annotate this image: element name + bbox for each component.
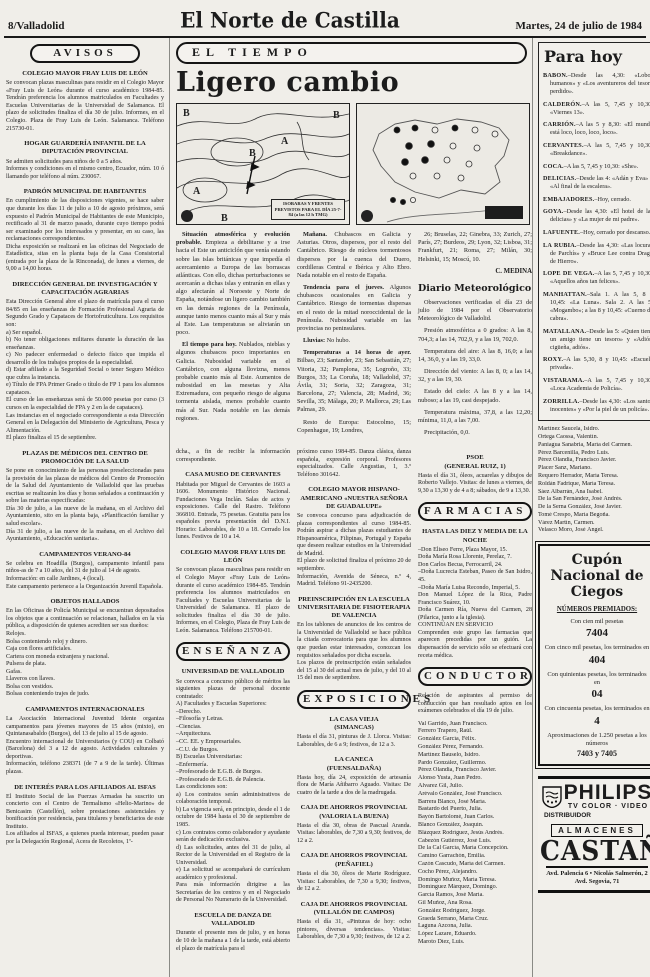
weather-paragraph: Mañana. Chubascos en Galicia y Asturias.… xyxy=(297,231,411,280)
spain-weather-map xyxy=(356,103,530,225)
section-heading: OBJETOS HALLADOS xyxy=(6,598,164,606)
cupon-title: Cupón Nacional de Ciegos xyxy=(544,552,650,600)
cinema-name: ROXY. xyxy=(543,356,563,363)
cinema-name: BABON. xyxy=(543,72,568,79)
isobar-map: B B A B A B ISOBARAS Y FRENTES PREVISTOS… xyxy=(176,103,350,225)
ad-product-line: TV COLOR · VIDEO xyxy=(564,803,650,810)
cinema-name: VISTARAMA. xyxy=(543,377,584,384)
cinema-listing: CARRIÓN.–A las 5 y 8,30: «El mundo está … xyxy=(543,121,650,137)
svg-text:B: B xyxy=(221,213,228,224)
mid-col-b-pre: próximo curso 1984-85. Danza clásica, da… xyxy=(297,449,411,682)
conductores-name: Arévalo González, José Francisco. xyxy=(418,791,532,799)
prize-entry: Con cien mil pesetas 7404 xyxy=(544,618,650,640)
conductores-name: Camino Garrachón, Emilia. xyxy=(418,853,532,861)
prize-label: Con cien mil pesetas xyxy=(544,618,650,626)
weather-col-2: Mañana. Chubascos en Galicia y Asturias.… xyxy=(297,231,411,441)
section-heading: ESCUELA DE DANZA DE VALLADOLID xyxy=(176,912,290,928)
conductores-name: Bayón Bartolomé, Juan Carlos. xyxy=(418,814,532,822)
conductores-name: Pérez Barcenilla, Pedro Luis. xyxy=(538,450,650,458)
section-heading: DE INTERÉS PARA LOS AFILIADOS AL ISFAS xyxy=(6,784,164,792)
conductores-name: Pardo González, Guillermo. xyxy=(418,760,532,768)
weather-paragraph: 26; Bruselas, 22; Ginebra, 33; Zurich, 2… xyxy=(418,231,532,264)
conductores-name: Blázquez Rodríguez, Jesús Andrés. xyxy=(418,830,532,838)
section-body: Se convocan plazas masculinas para resid… xyxy=(6,80,164,133)
cupon-footer-label: Aproximaciones de 1.250 pesetas a los nú… xyxy=(544,732,650,747)
weather-headline: Ligero cambio xyxy=(176,67,527,98)
cinema-name: LA RUBIA. xyxy=(543,242,577,249)
cinema-listing: LAFUENTE.–Hoy, cerrado por descanso. xyxy=(543,229,650,237)
cupon-prizes: Con cien mil pesetas 7404 Con cinco mil … xyxy=(544,618,650,727)
section-body: El Instituto Social de las Fuerzas Armad… xyxy=(6,794,164,847)
paragraph-text: Temperatura máxima, 37,8, a las 12,20; m… xyxy=(418,409,532,424)
weather-paragraph: Precipitación, 0,0. xyxy=(418,429,532,437)
ad-distributor-label: DISTRIBUIDOR xyxy=(544,812,650,819)
cinema-name: MANHATTAN. xyxy=(543,291,587,298)
cinema-listing: DELICIAS.–Desde las 4: «Adán y Eva» y «A… xyxy=(543,175,650,191)
cinema-name: CERVANTES. xyxy=(543,142,584,149)
cupon-footer-numbers: 7403 y 7405 xyxy=(544,749,650,758)
farmacias-body: –Don Eliseo Ferre, Plaza Mayor, 15. Doña… xyxy=(418,547,532,660)
section-body: Hasta el día 31, «Pinturas de hoy: ocho … xyxy=(297,919,411,942)
news-section: CAJA DE AHORROS PROVINCIAL (Valoria la B… xyxy=(297,804,411,845)
section-heading: LA CASA VIEJA (Simancas) xyxy=(297,716,411,732)
mid-col-c: PSOE (General Ruiz, 1) Hasta el día 31, … xyxy=(418,449,532,960)
weather-paragraph: Presión atmosférica a 0 grados: A las 8,… xyxy=(418,327,532,343)
paragraph-text: Presión atmosférica a 0 grados: A las 8,… xyxy=(418,327,532,342)
paragraph-text: Resto de Europa: Estocolmo, 15; Copenhag… xyxy=(297,419,411,434)
conductores-name: Blanco González, Joaquín. xyxy=(418,822,532,830)
conductores-name: Várez Martín, Carmen. xyxy=(538,520,650,528)
conductores-name: Ferrero Trapero, Raúl. xyxy=(418,728,532,736)
section-heading: COLEGIO MAYOR HISPANO-AMERICANO «NUESTRA… xyxy=(297,486,411,511)
cinema-showtimes: –Hoy, cerrado. xyxy=(594,196,631,203)
weather-paragraph: Resto de Europa: Estocolmo, 15; Copenhag… xyxy=(297,419,411,435)
cinema-name: COCA. xyxy=(543,163,564,170)
news-section: PSOE (General Ruiz, 1) Hasta el día 31, … xyxy=(418,454,532,495)
paragraph-text: Precipitación, 0,0. xyxy=(424,429,470,436)
prize-label: Con cincuenta pesetas, los terminados en xyxy=(544,705,650,713)
prize-label: Con quinientas pesetas, los terminados e… xyxy=(544,671,650,686)
section-heading: COLEGIO MAYOR FRAY LUIS DE LEÓN xyxy=(176,549,290,565)
section-heading: PREINSCRIPCIÓN EN LA ESCUELA UNIVERSITAR… xyxy=(297,596,411,621)
section-body: En los tablones de anuncios de los centr… xyxy=(297,622,411,682)
section-heading: LA CANECA (Fuensaldaña) xyxy=(297,756,411,772)
conductores-name: Graeda Serrano, María Cruz. xyxy=(418,916,532,924)
section-heading: CAMPAMENTOS VERANO-84 xyxy=(6,551,164,559)
section-heading: CAJA DE AHORROS PROVINCIAL (Peñafiel) xyxy=(297,852,411,868)
cinema-listing: ROXY.–A las 5,30, 8 y 10,45: «Escuela pr… xyxy=(543,356,650,372)
right-column: Para hoy BABON.–Desde las 4,30: «Lobos h… xyxy=(532,38,650,977)
farmacias-section: HASTA LAS DIEZ Y MEDIA DE LA NOCHE –Don … xyxy=(418,528,532,660)
cinema-listing: MANHATTAN.–Sala 1. A las 5, 8 y 10,45: «… xyxy=(543,291,650,323)
cinema-showtimes: –Desde las 4,30: «El hotel de las delici… xyxy=(550,208,650,223)
conductores-name: Cabezón Gutiérrez, José Luis. xyxy=(418,838,532,846)
section-heading: DIRECCIÓN GENERAL DE INVESTIGACIÓN Y CAP… xyxy=(6,281,164,297)
cupon-nacional-box: Cupón Nacional de Ciegos NÚMEROS PREMIAD… xyxy=(538,544,650,766)
section-body: En las Oficinas de Policía Municipal se … xyxy=(6,608,164,699)
news-section: CASA MUSEO DE CERVANTES Habitada por Mig… xyxy=(176,471,290,542)
news-section: UNIVERSIDAD DE VALLADOLID Se convoca a c… xyxy=(176,668,290,905)
conductores-name: González Rodríguez, Jorge. xyxy=(418,908,532,916)
ad-address-1: Avd. Palencia 6 • Nicolás Salmerón, 2 xyxy=(540,870,650,878)
spain-map-drawing xyxy=(357,104,529,224)
ad-address-2: Avd. Segovia, 71 xyxy=(540,878,650,886)
section-heading: PADRÓN MUNICIPAL DE HABITANTES xyxy=(6,188,164,196)
cinema-listing: COCA.–A las 5, 7,45 y 10,30: «She». xyxy=(543,163,650,171)
paragraph-text: Estado del cielo: A las 8 y a las 14, nu… xyxy=(418,388,532,403)
mid-col-b: próximo curso 1984-85. Danza clásica, da… xyxy=(297,449,411,960)
ad-brand: PHILIPS xyxy=(564,783,650,803)
news-section: HOGAR GUARDERÍA INFANTIL DE LA DIPUTACIÓ… xyxy=(6,140,164,181)
avisos-section-tag: AVISOS xyxy=(30,44,140,63)
farmacias-subhead: HASTA LAS DIEZ Y MEDIA DE LA NOCHE xyxy=(418,528,532,544)
news-section: dcha., a fin de recibir la información c… xyxy=(176,449,290,464)
conductores-name: Requero Herrador, María Teresa. xyxy=(538,473,650,481)
paragraph-text: Chubascos en Galicia y Asturias. Otros, … xyxy=(297,231,411,279)
conductores-name: Tomé Crespo, María Begoña. xyxy=(538,512,650,520)
newspaper-page: 8/Valladolid El Norte de Castilla Martes… xyxy=(0,0,650,977)
cinema-listing: VISTARAMA.–A las 5, 7,45 y 10,30: «Loca … xyxy=(543,377,650,393)
section-body: Esta Dirección General abre el plazo de … xyxy=(6,299,164,442)
section-heading: PLAZAS DE MÉDICOS DEL CENTRO DE PROMOCIÓ… xyxy=(6,450,164,466)
svg-text:B: B xyxy=(333,110,340,121)
section-heading: HOGAR GUARDERÍA INFANTIL DE LA DIPUTACIÓ… xyxy=(6,140,164,156)
mid-sections: dcha., a fin de recibir la información c… xyxy=(176,449,527,960)
conductores-name: Laguna Azcona, Julia. xyxy=(418,923,532,931)
conductores-name: Velasco Moro, José Ángel. xyxy=(538,527,650,535)
news-section: COLEGIO MAYOR FRAY LUIS DE LEÓN Se convo… xyxy=(6,70,164,133)
paragraph-lead: Temperaturas a 14 horas de ayer. xyxy=(303,349,411,356)
cupon-subtitle: NÚMEROS PREMIADOS: xyxy=(544,606,650,613)
conductores-name: Domingo Muñoz, María Teresa. xyxy=(418,877,532,885)
news-section: CAMPAMENTOS INTERNACIONALES La Asociació… xyxy=(6,706,164,777)
weather-col-1: Situación atmosférica y evolución probab… xyxy=(176,231,290,441)
news-section: ESCUELA DE DANZA DE VALLADOLID Durante e… xyxy=(176,912,290,953)
section-body: Se celebra en Hoadilla (Burgos), campame… xyxy=(6,561,164,591)
news-section: PREINSCRIPCIÓN EN LA ESCUELA UNIVERSITAR… xyxy=(297,596,411,683)
masthead-title: El Norte de Castilla xyxy=(180,7,400,32)
paragraph-lead: Tendencia para el jueves. xyxy=(303,284,384,291)
cinema-name: ZORRILLA. xyxy=(543,398,579,405)
news-section: PLAZAS DE MÉDICOS DEL CENTRO DE PROMOCIÓ… xyxy=(6,450,164,544)
conductores-name: Maroto Díez, Luis. xyxy=(418,939,532,947)
news-section: CAMPAMENTOS VERANO-84 Se celebra en Hoad… xyxy=(6,551,164,591)
news-section: LA CANECA (Fuensaldaña) Hasta hoy, día 2… xyxy=(297,756,411,797)
news-section: CAJA DE AHORROS PROVINCIAL (Villalón de … xyxy=(297,901,411,942)
ensenanza-section-tag: ENSEÑANZA xyxy=(176,642,290,661)
weather-col-3: 26; Bruselas, 22; Ginebra, 33; Zurich, 2… xyxy=(418,231,532,441)
conductores-name: Gil Muñoz, Ana Rosa. xyxy=(418,900,532,908)
section-body: Se convocan plazas masculinas para resid… xyxy=(176,567,290,635)
conductores-name: González García, Félix. xyxy=(418,736,532,744)
weather-paragraph: Lluvias: No hubo. xyxy=(297,337,411,345)
cinema-name: LOPE DE VEGA. xyxy=(543,270,594,277)
mid-col-a-pre: dcha., a fin de recibir la información c… xyxy=(176,449,290,635)
section-heading: COLEGIO MAYOR FRAY LUIS DE LEÓN xyxy=(6,70,164,78)
exposiciones-section-tag: EXPOSICIONES xyxy=(297,690,411,709)
cinema-listing: BABON.–Desde las 4,30: «Lobos humanos» y… xyxy=(543,72,650,96)
weather-paragraph: Tendencia para el jueves. Algunos chubas… xyxy=(297,284,411,333)
news-section: LA CASA VIEJA (Simancas) Hasta el día 31… xyxy=(297,716,411,750)
section-heading: CAMPAMENTOS INTERNACIONALES xyxy=(6,706,164,714)
met-service-logo xyxy=(485,206,523,219)
weather-maps: B B A B A B ISOBARAS Y FRENTES PREVISTOS… xyxy=(176,103,527,225)
conductores-name: Pérez Olandia, Francisco Javier. xyxy=(418,767,532,775)
cinema-listing: LOPE DE VEGA.–A las 5, 7,45 y 10,30: «Aq… xyxy=(543,270,650,286)
section-heading: UNIVERSIDAD DE VALLADOLID xyxy=(176,668,290,676)
prize-number: 4 xyxy=(544,715,650,727)
conductores-name-list-continued: Martínez Saucela, Isidro. Ortega Caossa,… xyxy=(538,426,650,535)
svg-text:B: B xyxy=(183,108,190,119)
conductores-name: Cazón Cascudo, María del Carmen. xyxy=(418,861,532,869)
section-heading: CAJA DE AHORROS PROVINCIAL (Valoria la B… xyxy=(297,804,411,820)
prize-entry: Con cincuenta pesetas, los terminados en… xyxy=(544,705,650,727)
cinema-name: MATALLANA. xyxy=(543,328,586,335)
paragraph-text: Nublados, nieblas y algunos chubascos po… xyxy=(176,341,290,422)
cinema-listing: LA RUBIA.–Desde las 4,30: «Las locuras d… xyxy=(543,242,650,266)
cinema-showtimes: –A las 5, 7,45 y 10,30: «She». xyxy=(564,163,639,170)
conductores-name: García Ramos, José María. xyxy=(418,892,532,900)
mid-col-a-post: UNIVERSIDAD DE VALLADOLID Se convoca a c… xyxy=(176,668,290,953)
section-body: Hasta el día 31, pinturas de J. Llorca. … xyxy=(297,734,411,749)
page-number-label: 8/Valladolid xyxy=(8,20,64,32)
cinema-name: GOYA. xyxy=(543,208,564,215)
paragraph-text: Observaciones verificadas el día 23 de j… xyxy=(418,299,532,322)
paragraph-text: Bilbao, 23; Santander, 23; San Sebastián… xyxy=(297,357,411,413)
section-body: próximo curso 1984-85. Danza clásica, da… xyxy=(297,449,411,479)
cinema-name: EMBAJADORES. xyxy=(543,196,594,203)
para-hoy-box: Para hoy BABON.–Desde las 4,30: «Lobos h… xyxy=(538,42,650,421)
conductores-name: Martínez Saucela, Isidro. xyxy=(538,426,650,434)
prize-number: 7404 xyxy=(544,627,650,639)
philips-castano-ad: PHILIPS TV COLOR · VIDEO DISTRIBUIDOR AL… xyxy=(538,776,650,892)
conductores-name: Bastardo del Puerto, Julia. xyxy=(418,806,532,814)
mid-col-c-pre: PSOE (General Ruiz, 1) Hasta el día 31, … xyxy=(418,454,532,495)
conductores-name: Ortega Caossa, Valentín. xyxy=(538,434,650,442)
para-hoy-title: Para hoy xyxy=(544,47,650,66)
weather-paragraph: Temperatura máxima, 37,8, a las 12,20; m… xyxy=(418,409,532,425)
conductores-name-list: Val Garrido, Juan Francisco. Ferrero Tra… xyxy=(418,721,532,947)
weather-paragraph: Estado del cielo: A las 8 y a las 14, nu… xyxy=(418,388,532,404)
conductores-name: De la Cal García, María Concepción. xyxy=(418,845,532,853)
news-section: próximo curso 1984-85. Danza clásica, da… xyxy=(297,449,411,479)
tiempo-section-tag: EL TIEMPO xyxy=(176,42,527,64)
cinema-showtimes: –Hoy, cerrado por descanso. xyxy=(580,229,650,236)
avisos-column: AVISOS COLEGIO MAYOR FRAY LUIS DE LEÓN S… xyxy=(4,38,170,977)
section-body: Se convoca concurso para adjudicación de… xyxy=(297,513,411,588)
section-body: Se convoca a concurso público de méritos… xyxy=(176,679,290,905)
news-section: COLEGIO MAYOR FRAY LUIS DE LEÓN Se convo… xyxy=(176,549,290,635)
paragraph-lead: El tiempo para hoy. xyxy=(182,341,237,348)
cinema-name: CARRIÓN. xyxy=(543,121,576,128)
conductores-name: Martínez Bauselo, Isidro. xyxy=(418,752,532,760)
svg-text:A: A xyxy=(281,136,289,147)
isobar-map-caption: ISOBARAS Y FRENTES PREVISTOS PARA EL DÍA… xyxy=(271,199,345,220)
cinema-listings: BABON.–Desde las 4,30: «Lobos humanos» y… xyxy=(543,72,650,414)
conductores-name: Sáez Albarrán, Ana Isabel. xyxy=(538,489,650,497)
cinema-showtimes: –A las 5,30, 8 y 10,45: «Escuela privada… xyxy=(550,356,650,371)
cinema-listing: GOYA.–Desde las 4,30: «El hotel de las d… xyxy=(543,208,650,224)
conductores-name: Alonso Yusta, Juan Pedro. xyxy=(418,775,532,783)
section-heading: CASA MUSEO DE CERVANTES xyxy=(176,471,290,479)
section-body: Hasta hoy, día 24, exposición de artesan… xyxy=(297,775,411,798)
weather-paragraph: El tiempo para hoy. Nublados, nieblas y … xyxy=(176,341,290,423)
news-section: DIRECCIÓN GENERAL DE INVESTIGACIÓN Y CAP… xyxy=(6,281,164,443)
farmacias-section-tag: FARMACIAS xyxy=(418,502,532,521)
weather-text: Situación atmosférica y evolución probab… xyxy=(176,231,527,441)
cinema-listing: CERVANTES.–A las 5, 7,45 y 10,30: «Break… xyxy=(543,142,650,158)
weather-paragraph: Observaciones verificadas el día 23 de j… xyxy=(418,299,532,324)
weather-paragraph: Temperatura del aire: A las 8, 16,0; a l… xyxy=(418,348,532,364)
paragraph-lead: Lluvias: xyxy=(303,337,325,344)
conductores-name: Álvarez Gil, Julio. xyxy=(418,783,532,791)
news-section: CAJA DE AHORROS PROVINCIAL (Peñafiel) Ha… xyxy=(297,852,411,893)
conductores-name: Val Garrido, Juan Francisco. xyxy=(418,721,532,729)
paragraph-text: Algunos chubascos ocasionales en Galicia… xyxy=(297,284,411,332)
conductores-name: González Pérez, Fernando. xyxy=(418,744,532,752)
conductores-name: De la Serna González, José Javier. xyxy=(538,504,650,512)
prize-number: 04 xyxy=(544,688,650,700)
center-column: EL TIEMPO Ligero cambio xyxy=(170,38,532,977)
cinema-listing: EMBAJADORES.–Hoy, cerrado. xyxy=(543,196,650,204)
section-body: Se pone en conocimiento de las personas … xyxy=(6,468,164,543)
news-section: COLEGIO MAYOR HISPANO-AMERICANO «NUESTRA… xyxy=(297,486,411,588)
conductores-name: Roldán Fadrique, María Teresa. xyxy=(538,481,650,489)
section-body: Hasta el día 30, obras de Pascual Aranda… xyxy=(297,823,411,846)
section-heading: PSOE (General Ruiz, 1) xyxy=(418,454,532,470)
prize-label: Con cinco mil pesetas, los terminados en xyxy=(544,644,650,652)
cinema-name: CALDERÓN. xyxy=(543,101,582,108)
svg-text:B: B xyxy=(249,148,256,159)
paragraph-lead: Mañana. xyxy=(303,231,327,238)
paragraph-text: Temperatura del aire: A las 8, 16,0; a l… xyxy=(418,348,532,363)
paragraph-text: Empieza a debilitarse y a irse hacia el … xyxy=(176,239,290,336)
prize-entry: Con quinientas pesetas, los terminados e… xyxy=(544,671,650,700)
conductores-name: Cocho Pérez, Alejandro. xyxy=(418,869,532,877)
section-body: Hasta el día 31, óleos, acuarelas y dibu… xyxy=(418,473,532,496)
section-body: Habitada por Miguel de Cervantes de 1603… xyxy=(176,482,290,542)
prize-number: 404 xyxy=(544,654,650,666)
section-body: Hasta el día 30, óleos de Marte Rodrígue… xyxy=(297,871,411,894)
philips-shield-icon xyxy=(542,786,562,808)
news-section: OBJETOS HALLADOS En las Oficinas de Poli… xyxy=(6,598,164,699)
section-heading: CAJA DE AHORROS PROVINCIAL (Villalón de … xyxy=(297,901,411,917)
mid-col-b-post: LA CASA VIEJA (Simancas) Hasta el día 31… xyxy=(297,716,411,942)
conductores-intro: Relación de aspirantes al permiso de con… xyxy=(418,693,532,716)
conductores-name: Paniagua Sanabria, María del Carmen. xyxy=(538,442,650,450)
section-body: En cumplimiento de las disposiciones vig… xyxy=(6,198,164,273)
avisos-section-list: COLEGIO MAYOR FRAY LUIS DE LEÓN Se convo… xyxy=(6,70,164,847)
weather-paragraph: Dirección del viento: A las 8, 0; a las … xyxy=(418,368,532,384)
conductores-name: Barrera Blanco, José María. xyxy=(418,799,532,807)
mid-col-a: dcha., a fin de recibir la información c… xyxy=(176,449,290,960)
conductores-name: De la San Fernández, José Andrés. xyxy=(538,496,650,504)
cinema-listing: ZORRILLA.–Desde las 4,30: «Los santos in… xyxy=(543,398,650,414)
weather-paragraph: Situación atmosférica y evolución probab… xyxy=(176,231,290,337)
issue-date: Martes, 24 de julio de 1984 xyxy=(516,20,642,32)
news-section: DE INTERÉS PARA LOS AFILIADOS AL ISFAS E… xyxy=(6,784,164,847)
prize-entry: Con cinco mil pesetas, los terminados en… xyxy=(544,644,650,666)
cinema-listing: MATALLANA.–Desde las 5: «Quien tiene un … xyxy=(543,328,650,352)
conductores-name: Pérez Olandia, Francisco Javier. xyxy=(538,457,650,465)
weather-paragraph: Temperaturas a 14 horas de ayer. Bilbao,… xyxy=(297,349,411,414)
cinema-name: LAFUENTE. xyxy=(543,229,580,236)
diario-meteorologico-heading: Diario Meteorológico xyxy=(418,283,532,295)
paragraph-text: No hubo. xyxy=(327,337,350,344)
page-header: 8/Valladolid El Norte de Castilla Martes… xyxy=(4,4,646,38)
news-section: PADRÓN MUNICIPAL DE HABITANTES En cumpli… xyxy=(6,188,164,274)
paragraph-text: Dirección del viento: A las 8, 0; a las … xyxy=(418,368,532,383)
weather-signature: C. MEDINA xyxy=(418,268,532,277)
diario-paragraphs: Observaciones verificadas el día 23 de j… xyxy=(418,299,532,437)
svg-text:A: A xyxy=(193,186,201,197)
cinema-listing: CALDERÓN.–A las 5, 7,45 y 10,30: «Vierne… xyxy=(543,101,650,117)
cinema-name: DELICIAS. xyxy=(543,175,576,182)
section-body: dcha., a fin de recibir la información c… xyxy=(176,449,290,464)
section-body: Durante el presente mes de julio, y en h… xyxy=(176,930,290,953)
ad-store-name: CASTAÑO xyxy=(540,838,650,864)
section-body: Se admiten solicitudes para niños de 0 a… xyxy=(6,159,164,182)
section-body: La Asociación Internacional Juventud Ide… xyxy=(6,716,164,776)
conductores-name: Placer Sanz, Mariano. xyxy=(538,465,650,473)
conductores-section-tag: CONDUCTORES xyxy=(418,667,532,686)
conductores-name: Domínguez Márquez, Domingo. xyxy=(418,884,532,892)
conductores-name: López Lazare, Eduardo. xyxy=(418,931,532,939)
